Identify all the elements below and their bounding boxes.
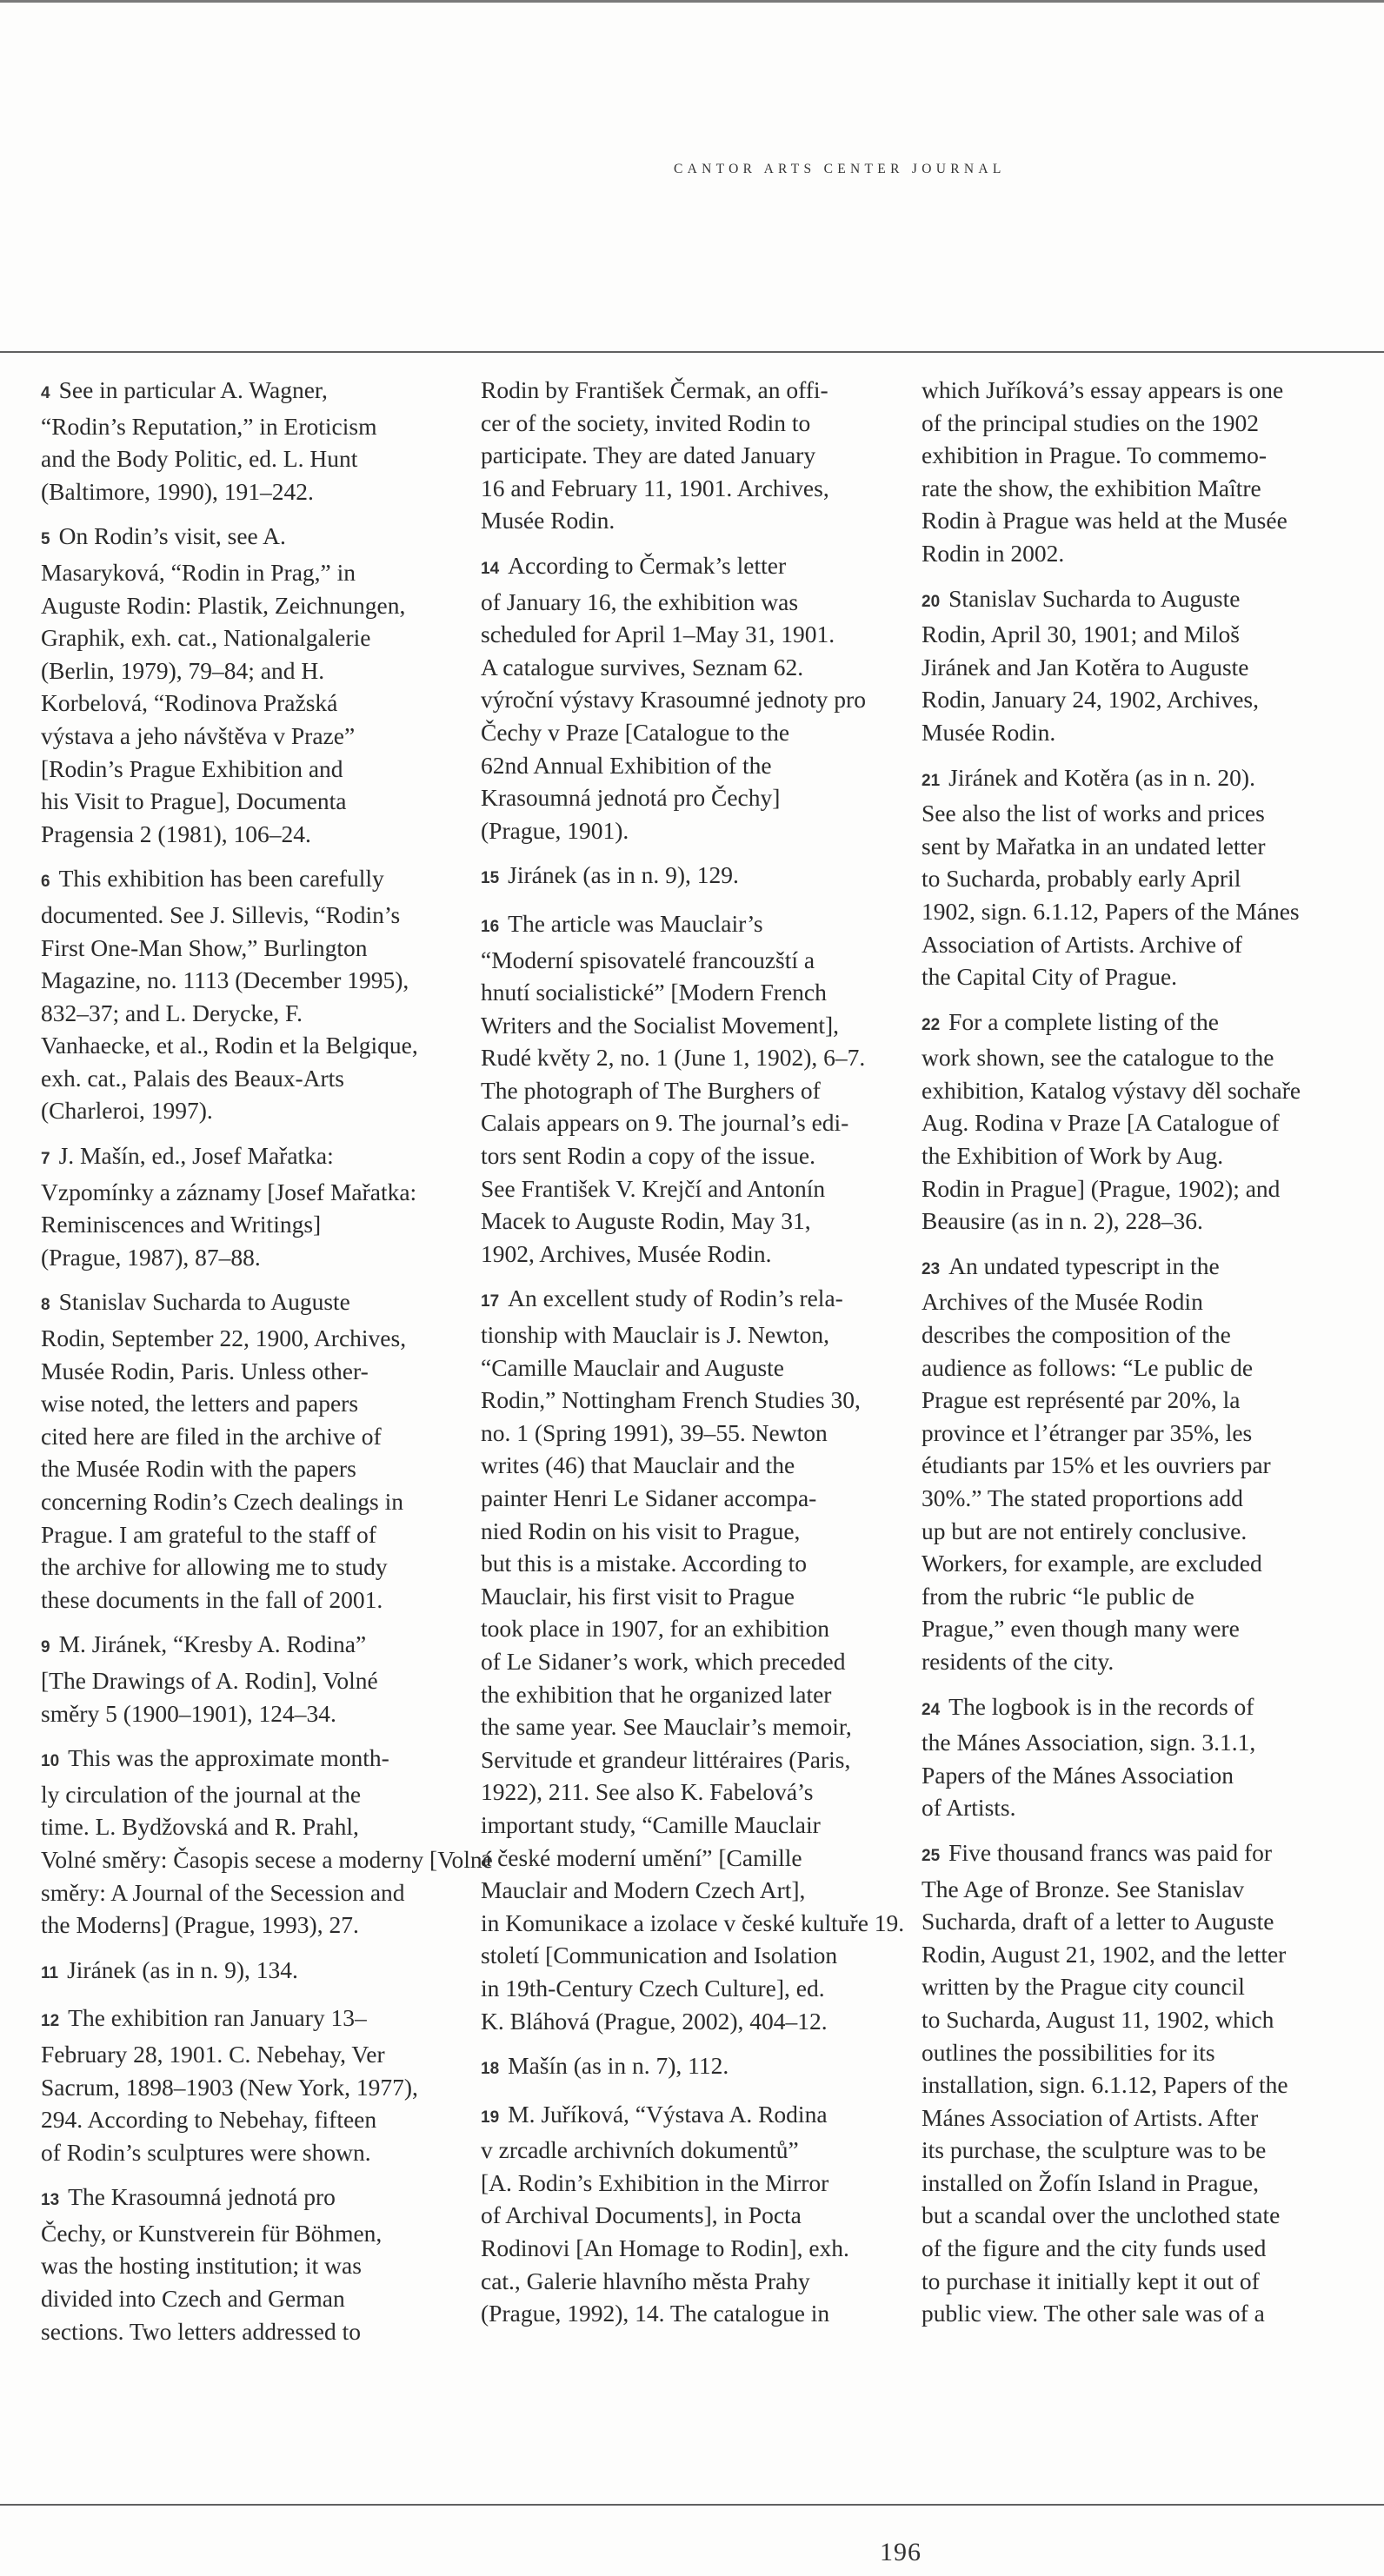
footnote-line: describes the composition of the	[922, 1318, 1313, 1351]
footnote-line: of Artists.	[922, 1791, 1313, 1824]
footnote-line: the Capital City of Prague.	[922, 960, 1313, 993]
footnote-line: Mánes Association of Artists. After	[922, 2101, 1313, 2134]
footnote-line: audience as follows: “Le public de	[922, 1351, 1313, 1384]
footnote-line: Rodin, August 21, 1902, and the letter	[922, 1938, 1313, 1971]
footnote-line: tionship with Mauclair is J. Newton,	[481, 1318, 868, 1351]
footnote-line: Rodinovi [An Homage to Rodin], exh.	[481, 2232, 868, 2265]
footnote-line: 24The logbook is in the records of	[922, 1690, 1313, 1727]
footnote-line: painter Henri Le Sidaner accompa-	[481, 1482, 868, 1515]
footnote-line: the same year. See Mauclair’s memoir,	[481, 1710, 868, 1743]
footnote-line: 8Stanislav Sucharda to Auguste	[41, 1285, 432, 1322]
footnote-line: Čechy v Praze [Catalogue to the	[481, 716, 868, 749]
footnote-line: Graphik, exh. cat., Nationalgalerie	[41, 621, 432, 654]
footnote-continued: which Juříková’s essay appears is oneof …	[922, 374, 1313, 570]
footnote-line: from the rubric “le public de	[922, 1580, 1313, 1613]
footnote-line: 13The Krasoumná jednotá pro	[41, 2181, 432, 2217]
footnote-line: 23An undated typescript in the	[922, 1250, 1313, 1286]
footnote-line: 22For a complete listing of the	[922, 1006, 1313, 1042]
footnote-line: outlines the possibilities for its	[922, 2036, 1313, 2069]
footnote-line: these documents in the fall of 2001.	[41, 1583, 432, 1617]
footnote-line: Archives of the Musée Rodin	[922, 1285, 1313, 1318]
footnote-line: Rodin in 2002.	[922, 537, 1313, 570]
footnote-line: “Camille Mauclair and Auguste	[481, 1351, 868, 1384]
footnote-number: 5	[41, 530, 50, 548]
footnote-line: Sacrum, 1898–1903 (New York, 1977),	[41, 2071, 432, 2104]
footnote-number: 9	[41, 1638, 50, 1656]
footnote-line: was the hosting institution; it was	[41, 2249, 432, 2282]
footnote-line: See also the list of works and prices	[922, 797, 1313, 830]
footnote-line: to purchase it initially kept it out of	[922, 2265, 1313, 2298]
footnote-number: 21	[922, 772, 940, 790]
footnote-line: Masaryková, “Rodin in Prag,” in	[41, 556, 432, 589]
footnote-line: Beausire (as in n. 2), 228–36.	[922, 1205, 1313, 1238]
footnote-line: 9M. Jiránek, “Kresby A. Rodina”	[41, 1628, 432, 1664]
footnote-25: 25Five thousand francs was paid forThe A…	[922, 1836, 1313, 2330]
footnote-line: concerning Rodin’s Czech dealings in	[41, 1485, 432, 1518]
footnote-line: participate. They are dated January	[481, 439, 868, 472]
footnote-line: Jiránek and Jan Kotěra to Auguste	[922, 651, 1313, 684]
footnote-line: [The Drawings of A. Rodin], Volné	[41, 1664, 432, 1697]
footnote-line: 10This was the approximate month-	[41, 1742, 432, 1778]
footnote-line: (Prague, 1901).	[481, 814, 868, 847]
footnote-number: 10	[41, 1752, 59, 1770]
footnote-line: the Exhibition of Work by Aug.	[922, 1139, 1313, 1172]
footnote-line: 30%.” The stated proportions add	[922, 1482, 1313, 1515]
footnote-6: 6This exhibition has been carefullydocum…	[41, 862, 432, 1127]
footnote-number: 4	[41, 384, 50, 402]
footnote-line: Vanhaecke, et al., Rodin et la Belgique,	[41, 1029, 432, 1062]
footnote-line: tors sent Rodin a copy of the issue.	[481, 1139, 868, 1172]
footnote-line: směry 5 (1900–1901), 124–34.	[41, 1697, 432, 1730]
footnote-line: Mauclair and Modern Czech Art],	[481, 1874, 868, 1907]
footnote-number: 24	[922, 1701, 940, 1719]
footnote-line: his Visit to Prague], Documenta	[41, 785, 432, 818]
footnote-line: the Moderns] (Prague, 1993), 27.	[41, 1909, 432, 1942]
footnote-line: February 28, 1901. C. Nebehay, Ver	[41, 2038, 432, 2071]
footnote-line: Rudé květy 2, no. 1 (June 1, 1902), 6–7.	[481, 1041, 868, 1074]
footnote-12: 12The exhibition ran January 13–February…	[41, 2002, 432, 2168]
footnote-15: 15Jiránek (as in n. 9), 129.	[481, 859, 868, 895]
footnote-line: writes (46) that Mauclair and the	[481, 1449, 868, 1482]
footnote-line: Workers, for example, are excluded	[922, 1547, 1313, 1580]
footnote-line: Volné směry: Časopis secese a moderny [V…	[41, 1843, 432, 1876]
footnote-line: time. L. Bydžovská and R. Prahl,	[41, 1810, 432, 1843]
footnote-line: work shown, see the catalogue to the	[922, 1041, 1313, 1074]
footnote-number: 7	[41, 1150, 50, 1168]
footnote-number: 17	[481, 1292, 499, 1311]
footnote-20: 20Stanislav Sucharda to AugusteRodin, Ap…	[922, 582, 1313, 749]
footnote-13: 13The Krasoumná jednotá proČechy, or Kun…	[41, 2181, 432, 2347]
footnote-line: 14According to Čermak’s letter	[481, 549, 868, 586]
footnote-line: ly circulation of the journal at the	[41, 1778, 432, 1811]
footnote-line: Rodin, April 30, 1901; and Miloš	[922, 618, 1313, 651]
bottom-rule	[0, 2504, 1384, 2506]
footnote-line: but this is a mistake. According to	[481, 1547, 868, 1580]
footnote-line: Rodin by František Čermak, an offi-	[481, 374, 868, 407]
footnote-line: Musée Rodin.	[922, 716, 1313, 749]
footnote-line: Musée Rodin, Paris. Unless other-	[41, 1355, 432, 1388]
footnote-line: (Prague, 1987), 87–88.	[41, 1241, 432, 1274]
footnote-line: the Mánes Association, sign. 3.1.1,	[922, 1726, 1313, 1759]
footnote-18: 18Mašín (as in n. 7), 112.	[481, 2049, 868, 2086]
footnote-line: exh. cat., Palais des Beaux-Arts	[41, 1062, 432, 1095]
footnote-line: divided into Czech and German	[41, 2282, 432, 2315]
footnote-number: 22	[922, 1016, 940, 1034]
footnote-line: 25Five thousand francs was paid for	[922, 1836, 1313, 1873]
footnote-number: 23	[922, 1260, 940, 1278]
footnote-number: 20	[922, 593, 940, 611]
footnote-line: Auguste Rodin: Plastik, Zeichnungen,	[41, 589, 432, 622]
footnote-line: the exhibition that he organized later	[481, 1678, 868, 1711]
footnote-line: (Charleroi, 1997).	[41, 1094, 432, 1127]
footnote-line: of Archival Documents], in Pocta	[481, 2199, 868, 2232]
footnote-number: 13	[41, 2191, 59, 2209]
footnote-line: 5On Rodin’s visit, see A.	[41, 520, 432, 556]
footnote-line: of Le Sidaner’s work, which preceded	[481, 1645, 868, 1678]
footnote-line: 4See in particular A. Wagner,	[41, 374, 432, 410]
footnote-line: Macek to Auguste Rodin, May 31,	[481, 1205, 868, 1238]
footnote-8: 8Stanislav Sucharda to AugusteRodin, Sep…	[41, 1285, 432, 1616]
footnote-line: 19M. Juříková, “Výstava A. Rodina	[481, 2098, 868, 2134]
notes-column-3: which Juříková’s essay appears is oneof …	[922, 374, 1313, 2342]
footnote-line: up but are not entirely conclusive.	[922, 1515, 1313, 1548]
footnote-line: výroční výstavy Krasoumné jednoty pro	[481, 683, 868, 716]
footnote-line: 7J. Mašín, ed., Josef Mařatka:	[41, 1139, 432, 1176]
footnote-line: 16The article was Mauclair’s	[481, 907, 868, 944]
footnote-line: Writers and the Socialist Movement],	[481, 1009, 868, 1042]
footnote-line: Papers of the Mánes Association	[922, 1759, 1313, 1792]
footnote-line: (Prague, 1992), 14. The catalogue in	[481, 2297, 868, 2330]
footnote-line: Krasoumná jednotá pro Čechy]	[481, 781, 868, 814]
footnote-line: the Musée Rodin with the papers	[41, 1452, 432, 1485]
footnote-number: 25	[922, 1847, 940, 1865]
footnote-number: 14	[481, 560, 499, 578]
footnote-line: 18Mašín (as in n. 7), 112.	[481, 2049, 868, 2086]
footnote-line: Musée Rodin.	[481, 504, 868, 537]
running-head: Cantor Arts Center Journal	[674, 162, 1006, 177]
footnote-5: 5On Rodin’s visit, see A.Masaryková, “Ro…	[41, 520, 432, 850]
page-number: 196	[880, 2538, 922, 2567]
footnote-line: “Rodin’s Reputation,” in Eroticism	[41, 410, 432, 443]
footnote-line: a české moderní umění” [Camille	[481, 1842, 868, 1875]
footnote-line: in 19th-Century Czech Culture], ed.	[481, 1972, 868, 2005]
footnote-line: of Rodin’s sculptures were shown.	[41, 2136, 432, 2169]
page-top-edge	[0, 0, 1384, 3]
footnote-line: 294. According to Nebehay, fifteen	[41, 2103, 432, 2136]
footnote-10: 10This was the approximate month-ly circ…	[41, 1742, 432, 1942]
footnote-line: Calais appears on 9. The journal’s edi-	[481, 1106, 868, 1139]
footnote-line: Vzpomínky a záznamy [Josef Mařatka:	[41, 1176, 432, 1209]
footnote-line: 16 and February 11, 1901. Archives,	[481, 472, 868, 505]
footnote-line: The photograph of The Burghers of	[481, 1074, 868, 1107]
footnote-line: to Sucharda, probably early April	[922, 862, 1313, 895]
notes-column-1: 4See in particular A. Wagner,“Rodin’s Re…	[41, 374, 432, 2360]
footnote-number: 19	[481, 2108, 499, 2127]
footnote-line: století [Communication and Isolation	[481, 1939, 868, 1972]
footnote-line: installation, sign. 6.1.12, Papers of th…	[922, 2068, 1313, 2101]
footnote-line: 11Jiránek (as in n. 9), 134.	[41, 1954, 432, 1990]
footnote-line: important study, “Camille Mauclair	[481, 1809, 868, 1842]
footnote-line: installed on Žofín Island in Prague,	[922, 2167, 1313, 2200]
footnote-line: but a scandal over the unclothed state	[922, 2199, 1313, 2232]
footnote-number: 15	[481, 869, 499, 887]
footnote-line: Rodin in Prague] (Prague, 1902); and	[922, 1172, 1313, 1205]
footnote-14: 14According to Čermak’s letterof January…	[481, 549, 868, 846]
footnote-line: of January 16, the exhibition was	[481, 586, 868, 619]
footnote-22: 22For a complete listing of thework show…	[922, 1006, 1313, 1238]
footnote-line: nied Rodin on his visit to Prague,	[481, 1515, 868, 1548]
footnote-line: 1922), 211. See also K. Fabelová’s	[481, 1776, 868, 1809]
footnote-line: which Juříková’s essay appears is one	[922, 374, 1313, 407]
footnote-line: Prague,” even though many were	[922, 1612, 1313, 1645]
footnote-line: cer of the society, invited Rodin to	[481, 407, 868, 440]
footnote-line: Reminiscences and Writings]	[41, 1208, 432, 1241]
footnote-line: no. 1 (Spring 1991), 39–55. Newton	[481, 1417, 868, 1450]
footnote-11: 11Jiránek (as in n. 9), 134.	[41, 1954, 432, 1990]
footnote-24: 24The logbook is in the records ofthe Má…	[922, 1690, 1313, 1824]
footnote-line: Mauclair, his first visit to Prague	[481, 1580, 868, 1613]
footnote-line: wise noted, the letters and papers	[41, 1387, 432, 1420]
footnote-line: Servitude et grandeur littéraires (Paris…	[481, 1743, 868, 1776]
footnote-line: Rodin, January 24, 1902, Archives,	[922, 683, 1313, 716]
footnote-line: rate the show, the exhibition Maître	[922, 472, 1313, 505]
footnote-line: and the Body Politic, ed. L. Hunt	[41, 442, 432, 475]
footnote-line: in Komunikace a izolace v české kultuře …	[481, 1907, 868, 1940]
footnote-line: hnutí socialistické” [Modern French	[481, 976, 868, 1009]
footnote-line: 15Jiránek (as in n. 9), 129.	[481, 859, 868, 895]
footnote-line: First One-Man Show,” Burlington	[41, 932, 432, 965]
footnote-23: 23An undated typescript in theArchives o…	[922, 1250, 1313, 1678]
footnote-line: K. Bláhová (Prague, 2002), 404–12.	[481, 2005, 868, 2038]
footnote-line: Korbelová, “Rodinova Pražská	[41, 687, 432, 720]
footnote-line: to Sucharda, August 11, 1902, which	[922, 2003, 1313, 2036]
footnote-line: 12The exhibition ran January 13–	[41, 2002, 432, 2038]
footnote-line: Rodin,” Nottingham French Studies 30,	[481, 1384, 868, 1417]
footnote-number: 8	[41, 1296, 50, 1314]
footnote-line: Sucharda, draft of a letter to Auguste	[922, 1905, 1313, 1938]
footnote-number: 16	[481, 918, 499, 936]
footnote-line: 1902, Archives, Musée Rodin.	[481, 1238, 868, 1271]
footnote-line: Association of Artists. Archive of	[922, 928, 1313, 961]
footnote-number: 12	[41, 2012, 59, 2030]
footnote-line: 1902, sign. 6.1.12, Papers of the Mánes	[922, 895, 1313, 928]
footnote-line: province et l’étranger par 35%, les	[922, 1417, 1313, 1450]
footnote-line: A catalogue survives, Seznam 62.	[481, 651, 868, 684]
footnote-line: 832–37; and L. Derycke, F.	[41, 997, 432, 1030]
footnote-line: public view. The other sale was of a	[922, 2297, 1313, 2330]
footnote-line: [Rodin’s Prague Exhibition and	[41, 753, 432, 786]
footnote-line: the archive for allowing me to study	[41, 1550, 432, 1583]
footnote-line: Prague est représenté par 20%, la	[922, 1384, 1313, 1417]
footnote-17: 17An excellent study of Rodin’s rela-tio…	[481, 1282, 868, 2037]
footnote-line: výstava a jeho návštěva v Praze”	[41, 720, 432, 753]
top-rule	[0, 351, 1384, 353]
footnote-line: 6This exhibition has been carefully	[41, 862, 432, 899]
footnote-line: Čechy, or Kunstverein für Böhmen,	[41, 2217, 432, 2250]
footnote-line: (Berlin, 1979), 79–84; and H.	[41, 654, 432, 687]
footnote-line: exhibition, Katalog výstavy děl sochaře	[922, 1074, 1313, 1107]
footnote-21: 21Jiránek and Kotěra (as in n. 20).See a…	[922, 761, 1313, 993]
footnote-line: Rodin, September 22, 1900, Archives,	[41, 1322, 432, 1355]
footnote-line: exhibition in Prague. To commemo-	[922, 439, 1313, 472]
footnote-line: (Baltimore, 1990), 191–242.	[41, 475, 432, 508]
footnote-line: documented. See J. Sillevis, “Rodin’s	[41, 899, 432, 932]
footnote-line: 20Stanislav Sucharda to Auguste	[922, 582, 1313, 619]
footnote-line: took place in 1907, for an exhibition	[481, 1612, 868, 1645]
footnote-line: v zrcadle archivních dokumentů”	[481, 2134, 868, 2167]
footnote-line: cat., Galerie hlavního města Prahy	[481, 2265, 868, 2298]
footnote-line: sections. Two letters addressed to	[41, 2315, 432, 2348]
footnote-number: 11	[41, 1964, 58, 1982]
footnote-line: Rodin à Prague was held at the Musée	[922, 504, 1313, 537]
footnote-line: The Age of Bronze. See Stanislav	[922, 1873, 1313, 1906]
notes-column-2: Rodin by František Čermak, an offi-cer o…	[481, 374, 868, 2342]
footnote-continued: Rodin by František Čermak, an offi-cer o…	[481, 374, 868, 537]
footnote-line: Prague. I am grateful to the staff of	[41, 1518, 432, 1551]
footnote-line: 21Jiránek and Kotěra (as in n. 20).	[922, 761, 1313, 798]
footnote-line: its purchase, the sculpture was to be	[922, 2134, 1313, 2167]
footnote-line: See František V. Krejčí and Antonín	[481, 1172, 868, 1205]
footnote-number: 6	[41, 873, 50, 891]
footnote-line: 62nd Annual Exhibition of the	[481, 749, 868, 782]
footnote-number: 18	[481, 2060, 499, 2078]
footnote-line: étudiants par 15% et les ouvriers par	[922, 1449, 1313, 1482]
footnote-line: sent by Mařatka in an undated letter	[922, 830, 1313, 863]
footnote-line: [A. Rodin’s Exhibition in the Mirror	[481, 2167, 868, 2200]
footnote-line: “Moderní spisovatelé francouzští a	[481, 944, 868, 977]
footnote-line: Aug. Rodina v Praze [A Catalogue of	[922, 1106, 1313, 1139]
footnote-line: Pragensia 2 (1981), 106–24.	[41, 818, 432, 851]
footnote-line: written by the Prague city council	[922, 1970, 1313, 2003]
footnote-line: cited here are filed in the archive of	[41, 1420, 432, 1453]
footnote-19: 19M. Juříková, “Výstava A. Rodinav zrcad…	[481, 2098, 868, 2330]
footnote-line: Magazine, no. 1113 (December 1995),	[41, 964, 432, 997]
footnote-line: of the figure and the city funds used	[922, 2232, 1313, 2265]
footnote-line: 17An excellent study of Rodin’s rela-	[481, 1282, 868, 1318]
footnote-7: 7J. Mašín, ed., Josef Mařatka:Vzpomínky …	[41, 1139, 432, 1273]
footnote-line: residents of the city.	[922, 1645, 1313, 1678]
footnote-9: 9M. Jiránek, “Kresby A. Rodina”[The Draw…	[41, 1628, 432, 1730]
footnote-line: of the principal studies on the 1902	[922, 407, 1313, 440]
footnote-line: směry: A Journal of the Secession and	[41, 1876, 432, 1909]
footnote-line: scheduled for April 1–May 31, 1901.	[481, 618, 868, 651]
footnote-16: 16The article was Mauclair’s“Moderní spi…	[481, 907, 868, 1271]
footnote-4: 4See in particular A. Wagner,“Rodin’s Re…	[41, 374, 432, 508]
